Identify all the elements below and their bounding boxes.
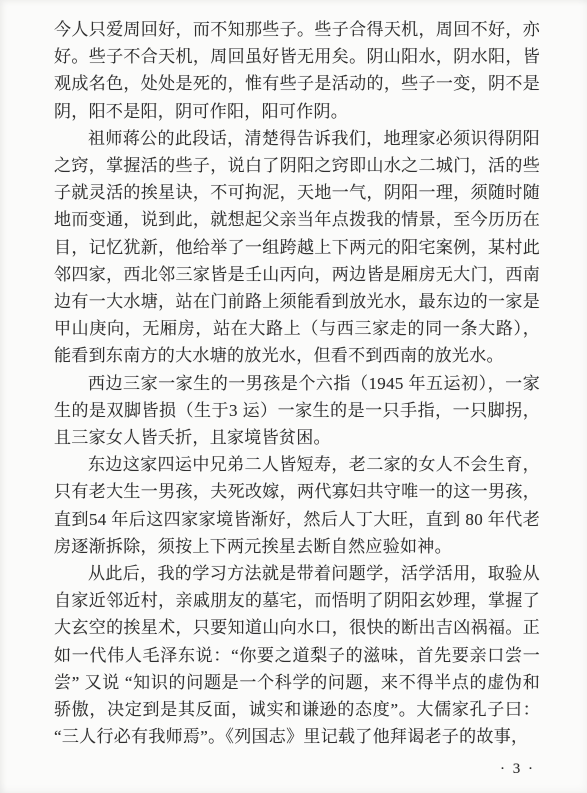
paragraph: 今人只爱周回好，而不知那些子。些子合得天机，周回不好，亦好。些子不合天机，周回虽… bbox=[54, 16, 540, 125]
document-page: 今人只爱周回好，而不知那些子。些子合得天机，周回不好，亦好。些子不合天机，周回虽… bbox=[0, 0, 587, 793]
paragraph: 东边这家四运中兄弟二人皆短寿，老二家的女人不会生育，只有老大生一男孩，夫死改嫁，… bbox=[54, 451, 540, 560]
page-number: · 3 · bbox=[500, 761, 535, 778]
paragraph: 祖师蒋公的此段话，清楚得告诉我们，地理家必须识得阴阳之窍，掌握活的些子，说白了阴… bbox=[54, 125, 540, 370]
paragraph: 西边三家一家生的一男孩是个六指（1945 年五运初），一家生的是双脚皆损（生于3… bbox=[54, 370, 540, 452]
page-body-text: 今人只爱周回好，而不知那些子。些子合得天机，周回不好，亦好。些子不合天机，周回虽… bbox=[54, 16, 540, 750]
paragraph: 从此后，我的学习方法就是带着问题学，活学活用，取验从自家近邻近村，亲戚朋友的墓宅… bbox=[54, 560, 540, 750]
